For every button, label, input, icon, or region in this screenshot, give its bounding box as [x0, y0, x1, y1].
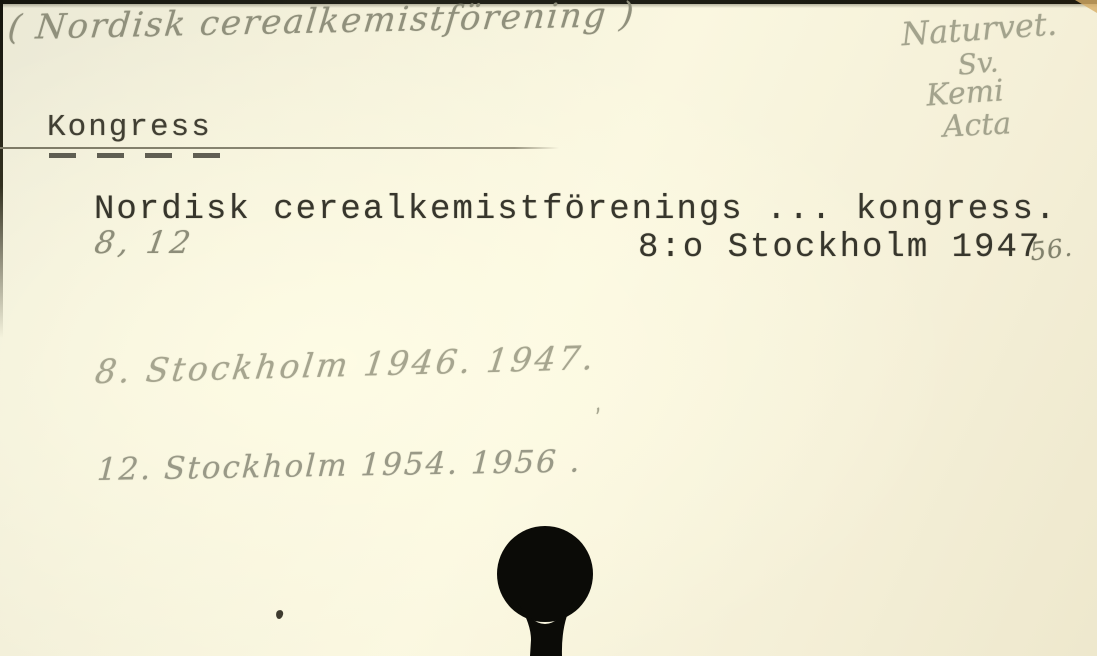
holdings-note: 8, 12 — [92, 225, 197, 261]
holdings-line-2: 12. Stockholm 1954. 1956 . — [96, 444, 582, 488]
holdings-line-1-stray-mark: , — [587, 392, 604, 418]
heading-dashed-underline — [49, 153, 241, 158]
classification-line-4: Acta — [911, 105, 1043, 147]
title-line: Nordisk cerealkemistförenings ... kongre… — [94, 191, 1057, 229]
punch-hole-icon — [486, 524, 608, 656]
ink-speck — [275, 609, 284, 619]
penciled-heading: ( Nordisk cerealkemistförening ) — [6, 0, 638, 48]
scan-corner-top-right — [1075, 0, 1097, 13]
imprint-line: 8:o Stockholm 1947 — [638, 229, 1041, 267]
heading-rule-line — [0, 147, 559, 149]
imprint-addendum: 56. — [1028, 233, 1074, 267]
catalog-card: ( Nordisk cerealkemistförening ) Naturve… — [0, 0, 1097, 656]
holdings-line-1: 8. Stockholm 1946. 1947. — [93, 338, 599, 391]
subject-heading: Kongress — [47, 110, 212, 145]
scan-edge-left — [0, 0, 3, 338]
